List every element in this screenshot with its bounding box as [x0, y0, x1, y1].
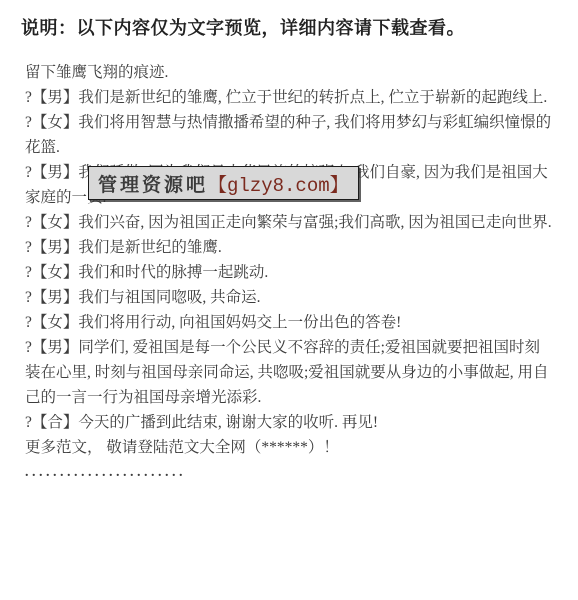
paragraph-more-docs: 更多范文， 敬请登陆范文大全网（******）！	[25, 435, 554, 460]
paragraph-intro: 留下雏鹰飞翔的痕迹.	[25, 60, 554, 85]
paragraph-female-3: ?【女】我们和时代的脉搏一起跳动.	[25, 260, 554, 285]
paragraph-female-1: ?【女】我们将用智慧与热情撒播希望的种子, 我们将用梦幻与彩虹编织憧憬的花篮.	[25, 110, 554, 160]
paragraph-female-4: ?【女】我们将用行动, 向祖国妈妈交上一份出色的答卷!	[25, 310, 554, 335]
paragraph-female-2: ?【女】我们兴奋, 因为祖国正走向繁荣与富强;我们高歌, 因为祖国已走向世界.	[25, 210, 554, 235]
watermark-site-name: 管理资源吧	[98, 170, 208, 197]
paragraph-male-4: ?【男】我们与祖国同唿吸, 共命运.	[25, 285, 554, 310]
paragraph-male-5: ?【男】同学们, 爱祖国是每一个公民义不容辞的责任;爱祖国就要把祖国时刻装在心里…	[25, 335, 554, 410]
document-preview-page: 说明：以下内容仅为文字预览，详细内容请下载查看。 留下雏鹰飞翔的痕迹. ?【男】…	[0, 0, 578, 600]
paragraph-male-1: ?【男】我们是新世纪的雏鹰, 伫立于世纪的转折点上, 伫立于崭新的起跑线上.	[25, 85, 554, 110]
paragraph-closing: ?【合】今天的广播到此结束, 谢谢大家的收听. 再见!	[25, 410, 554, 435]
preview-notice: 说明：以下内容仅为文字预览，详细内容请下载查看。	[0, 0, 578, 40]
document-body: 留下雏鹰飞翔的痕迹. ?【男】我们是新世纪的雏鹰, 伫立于世纪的转折点上, 伫立…	[0, 40, 578, 485]
watermark-site-url: 【glzy8.com】	[208, 170, 349, 197]
paragraph-male-3: ?【男】我们是新世纪的雏鹰.	[25, 235, 554, 260]
ellipsis-row: .......................	[25, 460, 554, 485]
watermark-badge[interactable]: 管理资源吧 【glzy8.com】	[88, 166, 359, 200]
